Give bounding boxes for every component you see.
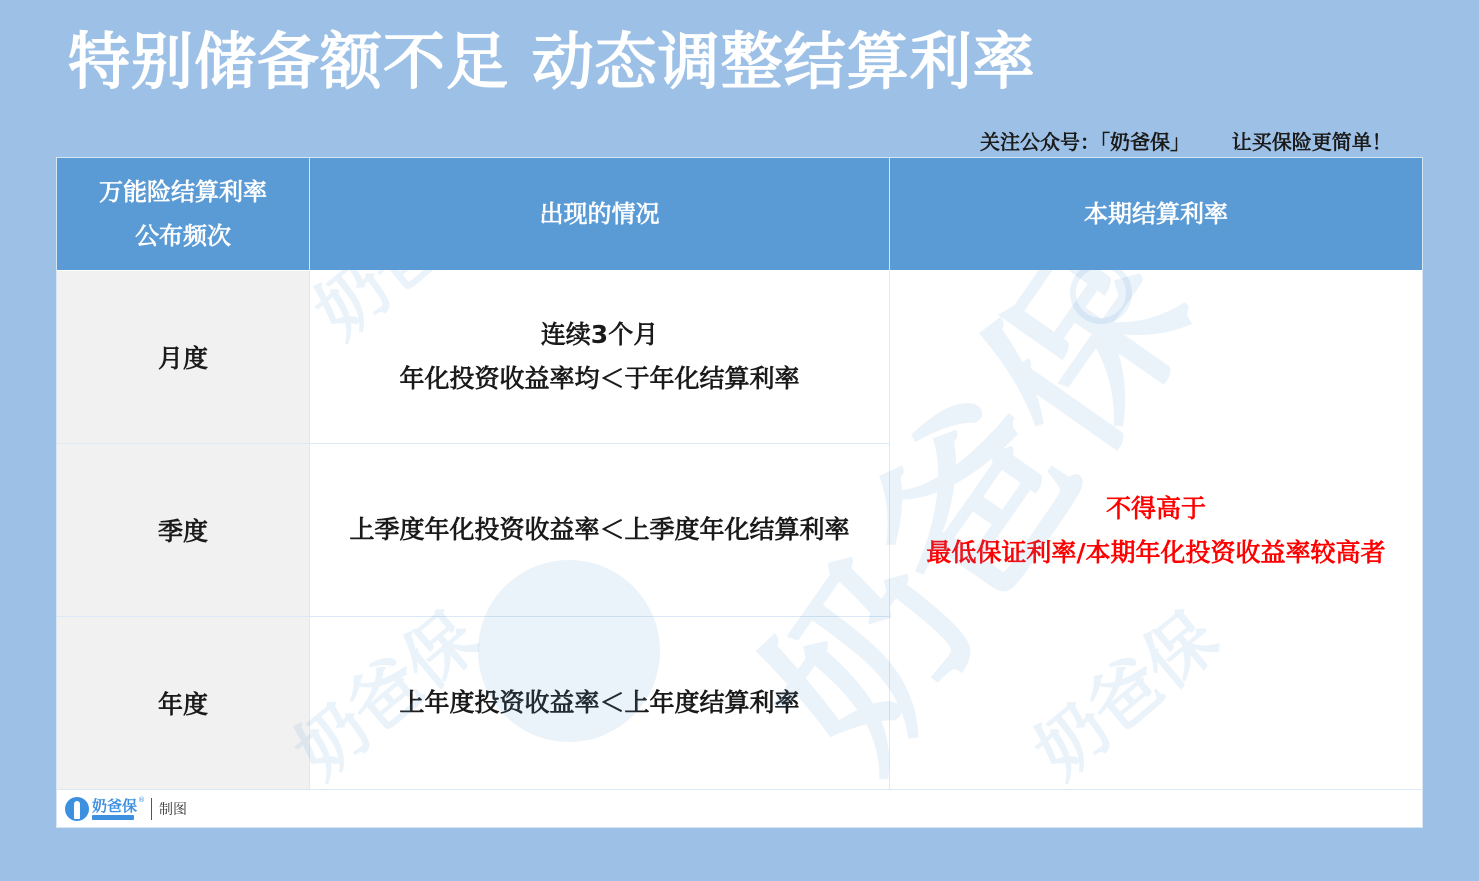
result-line: 不得高于 [1106, 487, 1206, 531]
footer-divider [151, 798, 152, 820]
follow-banner: 关注公众号：「奶爸保」 让买保险更简单！ [980, 126, 1392, 155]
condition-line: 上年度投资收益率＜上年度结算利率 [399, 681, 799, 725]
logo-tagline-bar [92, 815, 134, 820]
header-condition: 出现的情况 [310, 158, 889, 270]
condition-line: 年化投资收益率均＜于年化结算利率 [399, 357, 799, 401]
follow-label: 关注公众号：「奶爸保」 [980, 130, 1190, 154]
condition-line: 上季度年化投资收益率＜上季度年化结算利率 [349, 508, 849, 552]
page-title: 特别储备额不足 动态调整结算利率 [68, 22, 1036, 102]
row-frequency-monthly: 月度 [57, 271, 309, 443]
row-condition-monthly: 连续3个月 年化投资收益率均＜于年化结算利率 [310, 271, 889, 443]
header-current-rate: 本期结算利率 [890, 158, 1422, 270]
row-frequency-annual: 年度 [57, 617, 309, 789]
rate-table: 万能险结算利率公布频次 出现的情况 本期结算利率 月度 连续3个月 年化投资收益… [57, 158, 1422, 789]
header-frequency: 万能险结算利率公布频次 [57, 158, 309, 270]
logo-wordmark: 奶爸保 [92, 798, 137, 820]
header-condition-label: 出现的情况 [540, 192, 660, 236]
slogan: 让买保险更简单！ [1232, 130, 1392, 154]
header-frequency-line2: 公布频次 [135, 222, 231, 250]
registered-mark: ® [138, 796, 145, 804]
column-divider [309, 270, 310, 789]
row-condition-annual: 上年度投资收益率＜上年度结算利率 [310, 617, 889, 789]
rate-table-card: 万能险结算利率公布频次 出现的情况 本期结算利率 月度 连续3个月 年化投资收益… [56, 157, 1423, 828]
row-frequency-quarterly: 季度 [57, 444, 309, 616]
row-divider [57, 443, 889, 444]
footer-credit: 制图 [159, 799, 187, 819]
condition-line: 连续3个月 [541, 313, 658, 357]
footer: 奶爸保 ® 制图 [57, 789, 1422, 828]
header-frequency-line1: 万能险结算利率 [99, 178, 267, 206]
logo-name: 奶爸保 [92, 798, 137, 814]
logo-icon [65, 797, 89, 821]
result-line: 最低保证利率/本期年化投资收益率较高者 [926, 531, 1385, 575]
result-cell: 不得高于 最低保证利率/本期年化投资收益率较高者 [890, 271, 1422, 789]
header-current-rate-label: 本期结算利率 [1084, 192, 1228, 236]
row-condition-quarterly: 上季度年化投资收益率＜上季度年化结算利率 [310, 444, 889, 616]
row-divider [57, 616, 889, 617]
